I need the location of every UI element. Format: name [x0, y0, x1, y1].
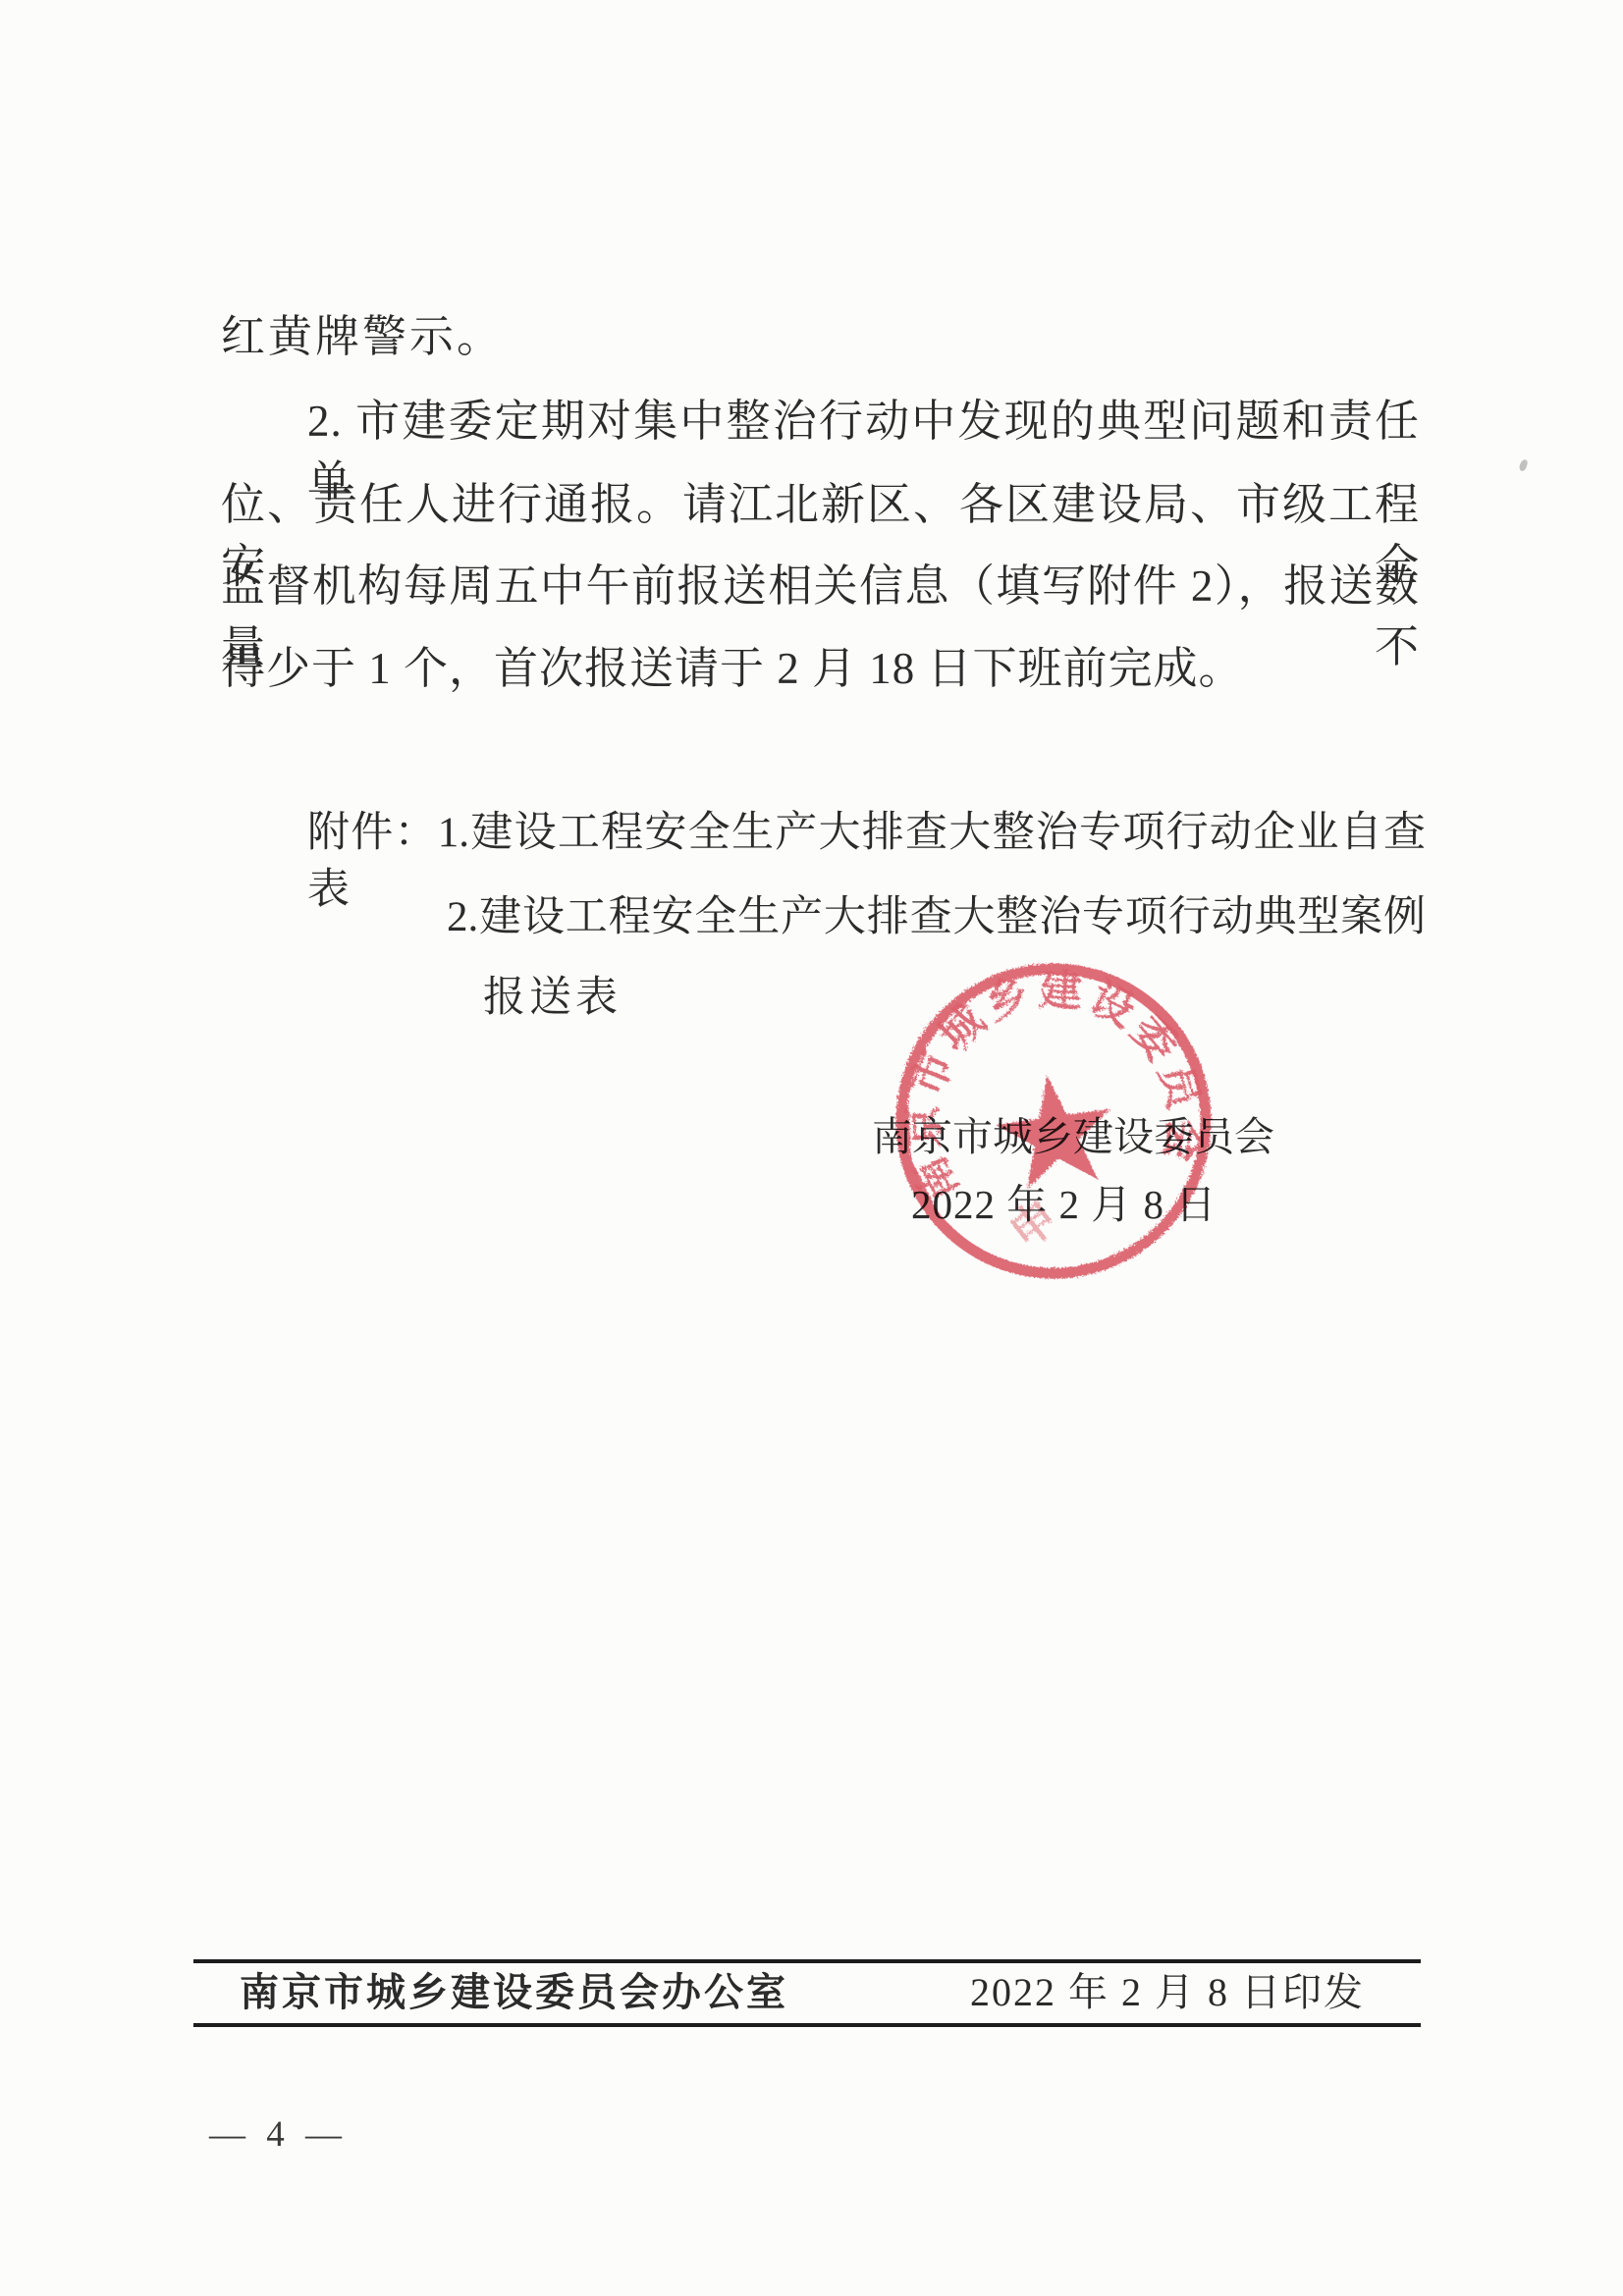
official-seal: 南京市城乡建设委员会 申: [887, 954, 1220, 1288]
seal-bottom-glyph: 申: [1001, 1191, 1067, 1258]
body-line: 得少于 1 个，首次报送请于 2 月 18 日下班前完成。: [221, 638, 1244, 699]
footer-print-date: 2022 年 2 月 8 日印发: [970, 1968, 1365, 2017]
footer-rule-bottom: [193, 2023, 1421, 2027]
page-number: — 4 —: [209, 2112, 348, 2158]
star-icon: [990, 1067, 1119, 1193]
footer-issuer: 南京市城乡建设委员会办公室: [240, 1968, 788, 2017]
footer-rule-top: [193, 1959, 1421, 1963]
attachment-line: 报送表: [483, 970, 622, 1027]
seal-arc-text-wrap: 南京市城乡建设委员会: [887, 954, 1217, 1211]
document-page: 红黄牌警示。 2. 市建委定期对集中整治行动中发现的典型问题和责任单 位、责任人…: [0, 0, 1623, 2296]
scan-speck: [1518, 458, 1528, 472]
seal-arc-text: 南京市城乡建设委员会: [887, 954, 1217, 1211]
attachment-line: 2.建设工程安全生产大排查大整治专项行动典型案例: [447, 889, 1426, 946]
body-line: 红黄牌警示。: [221, 306, 504, 367]
